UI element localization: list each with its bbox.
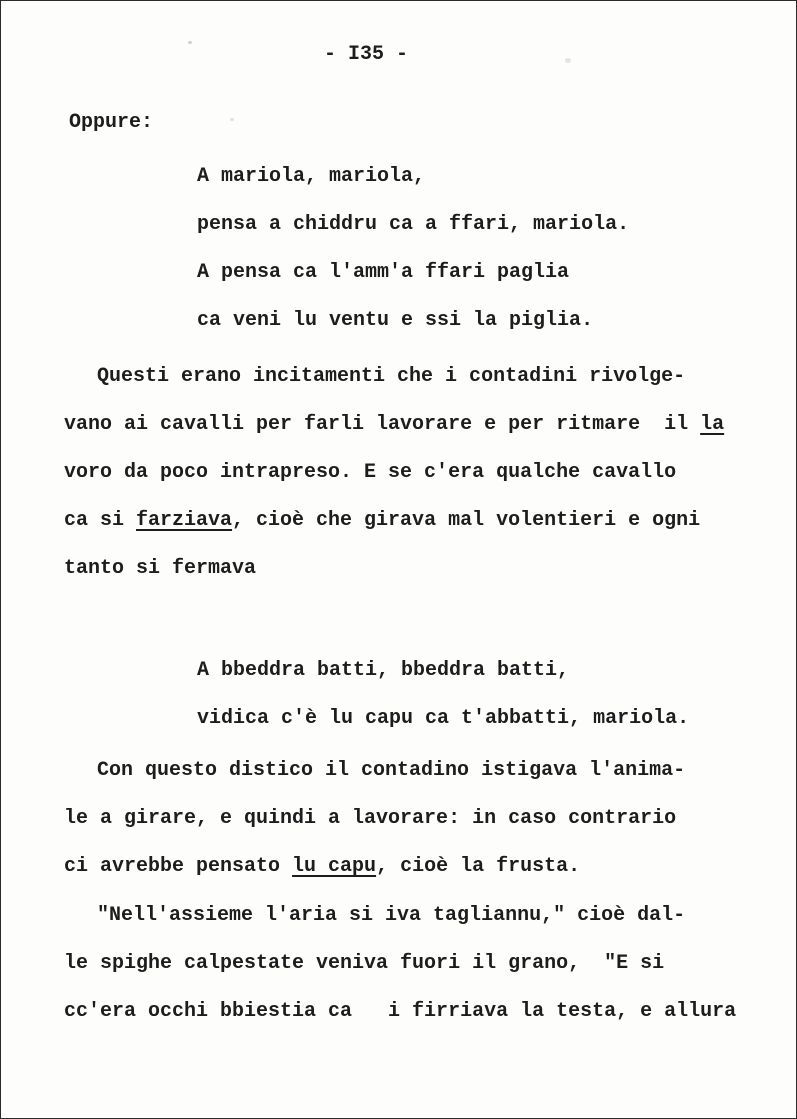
paragraph-line: le spighe calpestate veniva fuori il gra… — [64, 940, 796, 988]
text-segment: , cioè che girava mal volentieri e ogni — [232, 509, 700, 532]
underlined-word: farziava — [136, 509, 232, 532]
paragraph-line: le a girare, e quindi a lavorare: in cas… — [64, 795, 796, 843]
verse-stanza-2: A bbeddra batti, bbeddra batti, vidica c… — [1, 647, 796, 743]
text-segment: vano ai cavalli per farli lavorare e per… — [64, 413, 700, 436]
verse-line: A bbeddra batti, bbeddra batti, — [197, 647, 796, 695]
scan-speck — [565, 58, 571, 63]
verse-stanza-1: A mariola, mariola, pensa a chiddru ca a… — [1, 153, 796, 345]
paragraph-line: vano ai cavalli per farli lavorare e per… — [64, 401, 796, 449]
verse-line: pensa a chiddru ca a ffari, mariola. — [197, 201, 796, 249]
verse-line: ca veni lu ventu e ssi la piglia. — [197, 297, 796, 345]
verse-line: vidica c'è lu capu ca t'abbatti, mariola… — [197, 695, 796, 743]
paragraph-line: voro da poco intrapreso. E se c'era qual… — [64, 449, 796, 497]
underlined-word: la — [700, 413, 724, 436]
text-segment: , cioè la frusta. — [376, 855, 580, 878]
scanned-document-page: - I35 - Oppure: A mariola, mariola, pens… — [0, 0, 797, 1119]
paragraph-line: cc'era occhi bbiestia ca i firriava la t… — [64, 988, 796, 1036]
paragraph-2: Con questo distico il contadino istigava… — [1, 747, 796, 891]
paragraph-line: Con questo distico il contadino istigava… — [97, 747, 796, 795]
verse-line: A mariola, mariola, — [197, 153, 796, 201]
scan-speck — [230, 118, 234, 121]
paragraph-line: ci avrebbe pensato lu capu, cioè la frus… — [64, 843, 796, 891]
underlined-phrase: lu capu — [292, 855, 376, 878]
text-segment: ci avrebbe pensato — [64, 855, 292, 878]
verse-line: A pensa ca l'amm'a ffari paglia — [197, 249, 796, 297]
paragraph-line: "Nell'assieme l'aria si iva tagliannu," … — [97, 892, 796, 940]
text-segment: ca si — [64, 509, 136, 532]
page-number: - I35 - — [324, 31, 796, 79]
paragraph-line: Questi erano incitamenti che i contadini… — [97, 353, 796, 401]
intro-word: Oppure: — [69, 99, 796, 147]
paragraph-line: tanto si fermava — [64, 545, 796, 593]
paragraph-3: "Nell'assieme l'aria si iva tagliannu," … — [1, 892, 796, 1036]
paragraph-line: ca si farziava, cioè che girava mal vole… — [64, 497, 796, 545]
scan-speck — [188, 41, 192, 44]
paragraph-1: Questi erano incitamenti che i contadini… — [1, 353, 796, 593]
